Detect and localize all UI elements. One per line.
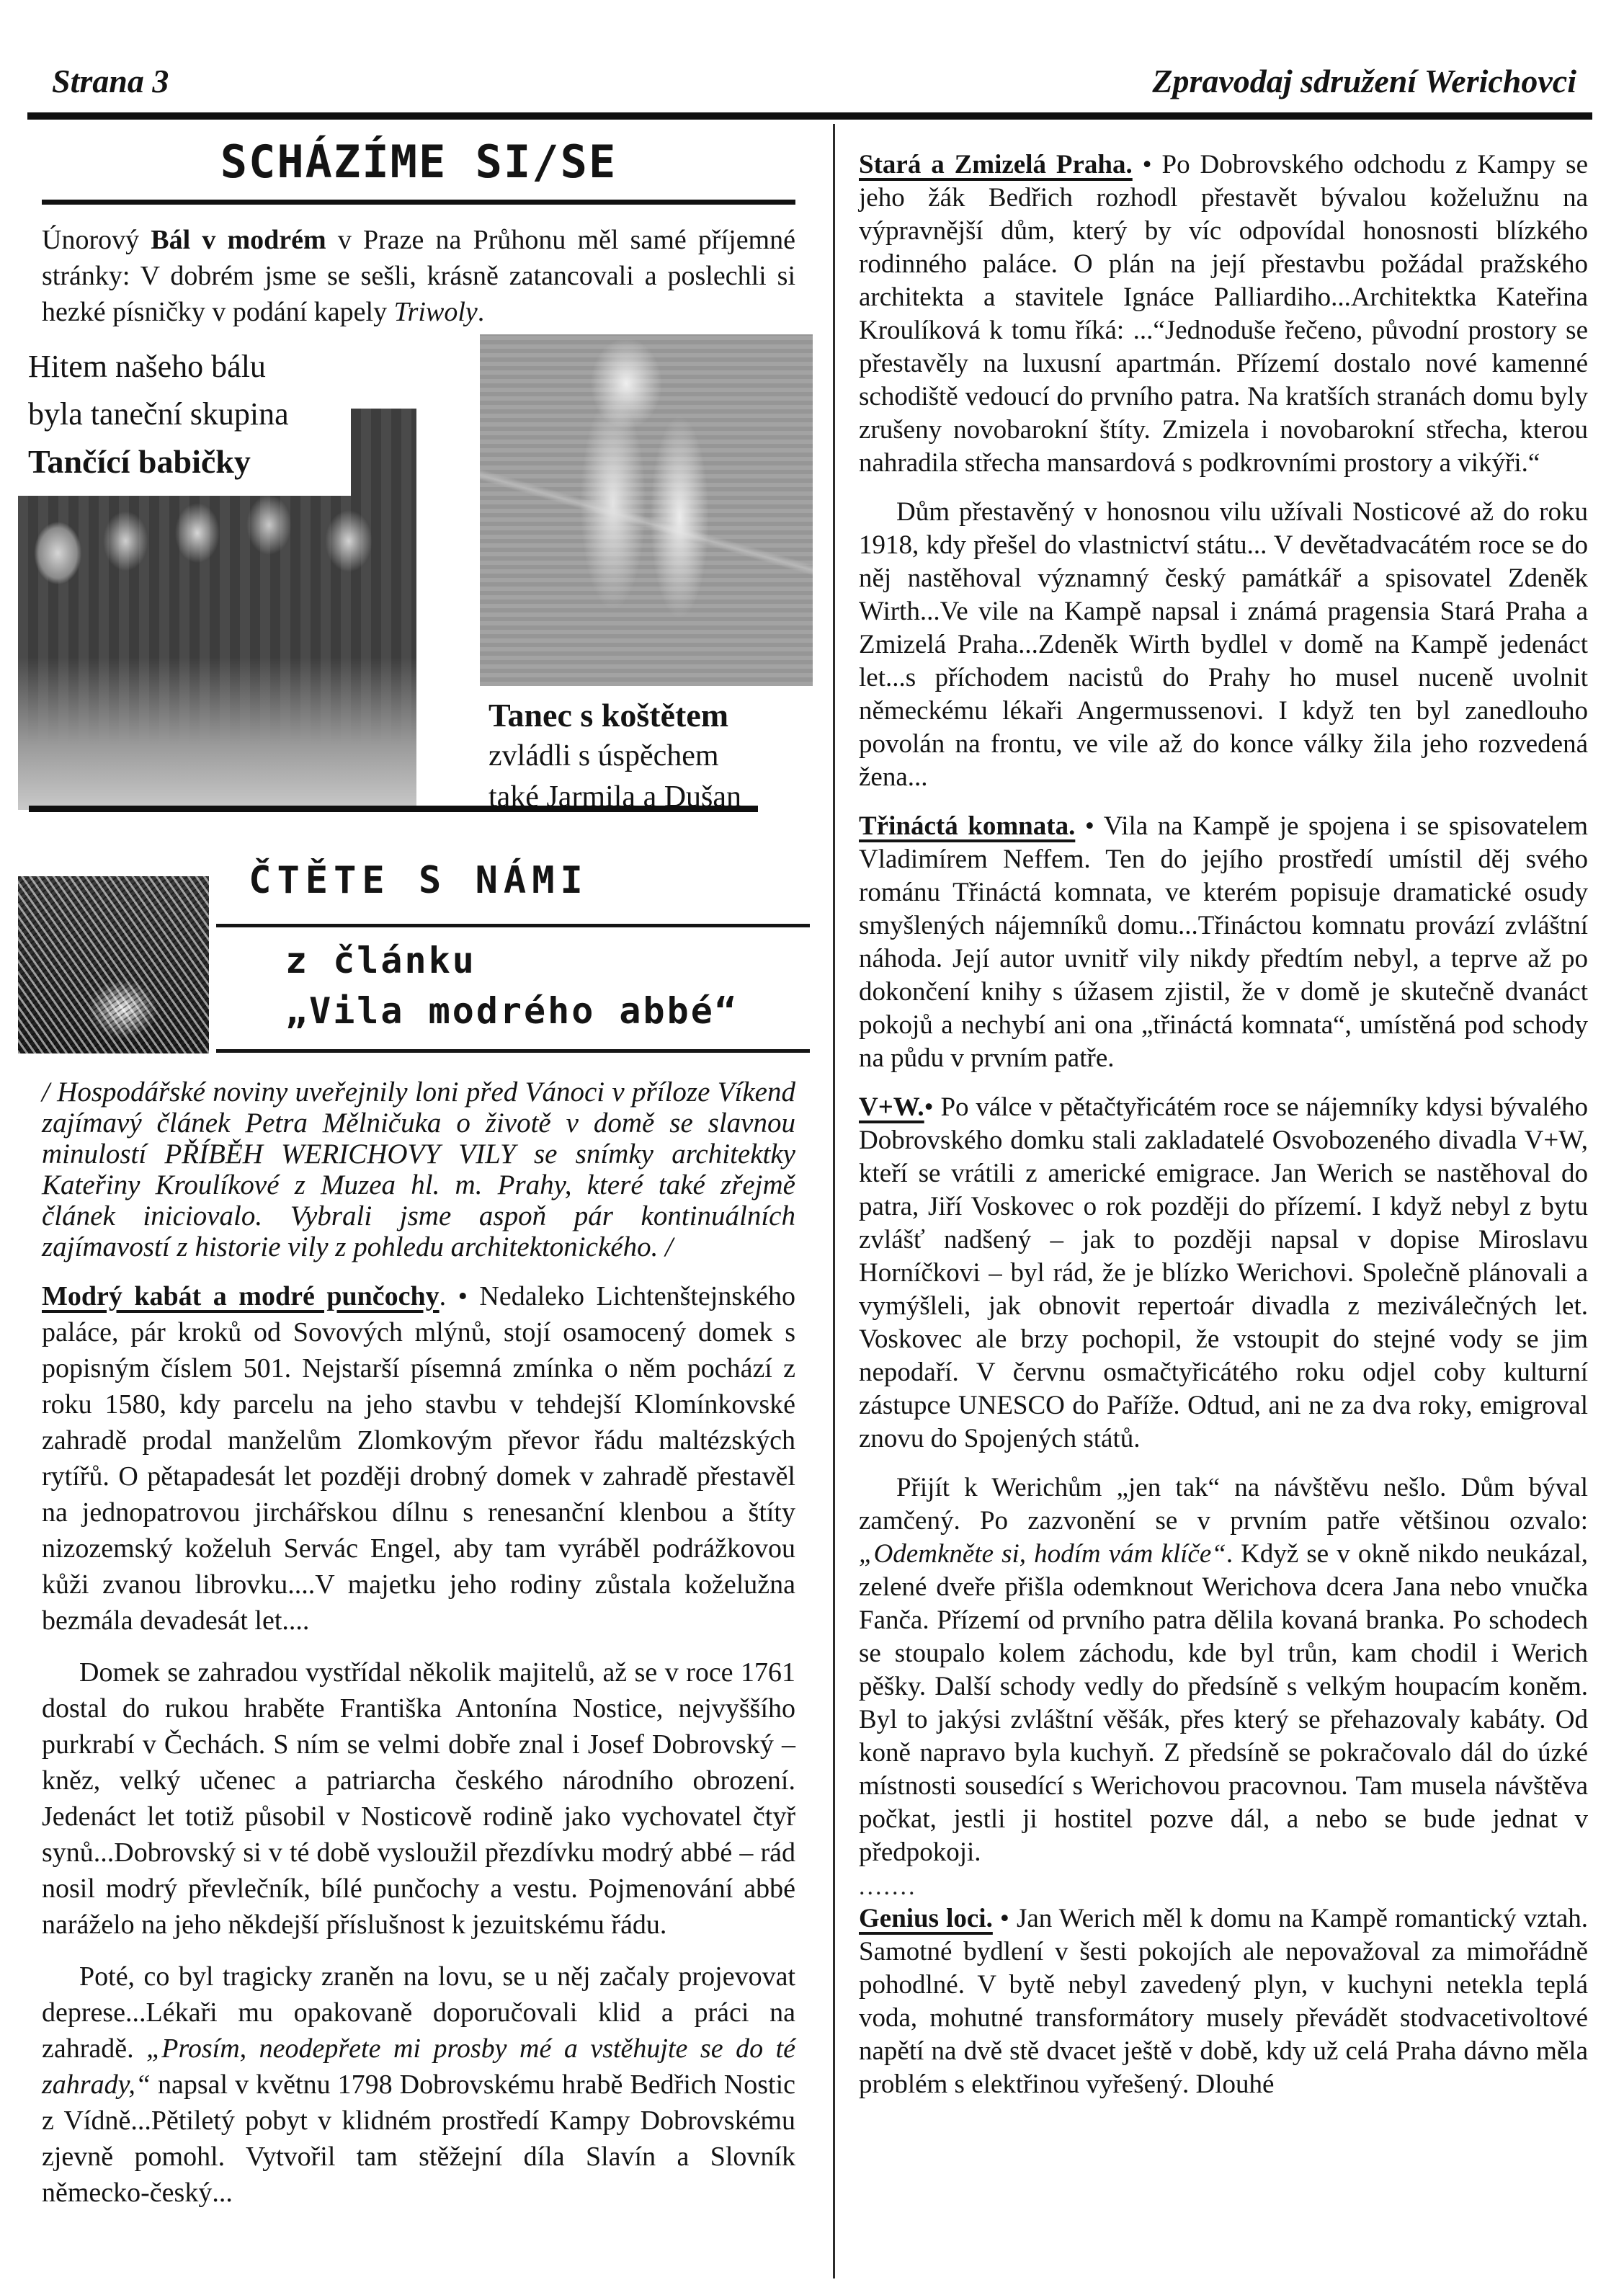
photo1-caption-line2: byla taneční skupina [28,391,351,438]
right-column: Stará a Zmizelá Praha. • Po Dobrovského … [859,148,1588,2101]
ctete-rule-bottom [216,1049,810,1053]
lede-paragraph: / Hospodářské noviny uveřejnily loni pře… [42,1077,795,1262]
article-pote-co-byl: Poté, co byl tragicky zraněn na lovu, se… [42,1959,795,2211]
article-modry-kabat: Modrý kabát a modré punčochy. • Nedaleko… [42,1278,795,1639]
read-with-us-block: ČTĚTE S NÁMI z článku „Vila modrého abbé… [42,852,795,1064]
article-subtitle-line2: „Vila modrého abbé“ [285,986,739,1036]
ball-intro-paragraph: Únorový Bál v modrém v Praze na Průhonu … [42,222,795,330]
article-v-plus-w: V+W.• Po válce v pětačtyřicátém roce se … [859,1091,1588,1456]
article-subtitle: z článku „Vila modrého abbé“ [285,935,739,1036]
photo1-caption-line3: Tančící babičky [28,438,351,486]
masthead-rule [27,112,1592,120]
ctete-rule-top [216,924,810,927]
article-dum-prestaveny: Dům přestavěný v honosnou vilu užívali N… [859,496,1588,794]
photo-tanec-s-kostetem [480,334,813,686]
article-stara-a-zmizela-praha: Stará a Zmizelá Praha. • Po Dobrovského … [859,148,1588,480]
vila-etching-image [18,876,209,1053]
photo2-caption-line2: zvládli s úspěchem [488,736,791,777]
photo2-caption: Tanec s koštětem zvládli s úspěchem také… [488,695,791,818]
article-trinacta-komnata: Třináctá komnata. • Vila na Kampě je spo… [859,810,1588,1075]
photo-block: Hitem našeho bálu byla taneční skupina T… [42,340,795,849]
section-headline-schazime: SCHÁZÍME SI/SE [42,131,795,205]
article-domek-se-zahradou: Domek se zahradou vystřídal několik maji… [42,1654,795,1943]
photo1-caption-line1: Hitem našeho bálu [28,343,351,391]
left-column: SCHÁZÍME SI/SE Únorový Bál v modrém v Pr… [42,131,795,2211]
column-divider-line [833,124,835,2278]
masthead: Strana 3 Zpravodaj sdružení Werichovci [52,62,1576,100]
page-number-label: Strana 3 [52,62,169,100]
photo2-caption-line1: Tanec s koštětem [488,695,791,736]
article-prijit-k-werichum: Přijít k Werichům „jen tak“ na návštěvu … [859,1471,1588,1869]
photo-bottom-rule [29,806,758,812]
newsletter-title: Zpravodaj sdružení Werichovci [1152,62,1576,100]
newsletter-page: Strana 3 Zpravodaj sdružení Werichovci S… [0,0,1624,2290]
article-subtitle-line1: z článku [285,935,739,986]
dotted-divider: ....... [859,1878,1588,1897]
photo1-caption: Hitem našeho bálu byla taneční skupina T… [18,340,351,496]
article-genius-loci: Genius loci. • Jan Werich měl k domu na … [859,1902,1588,2101]
